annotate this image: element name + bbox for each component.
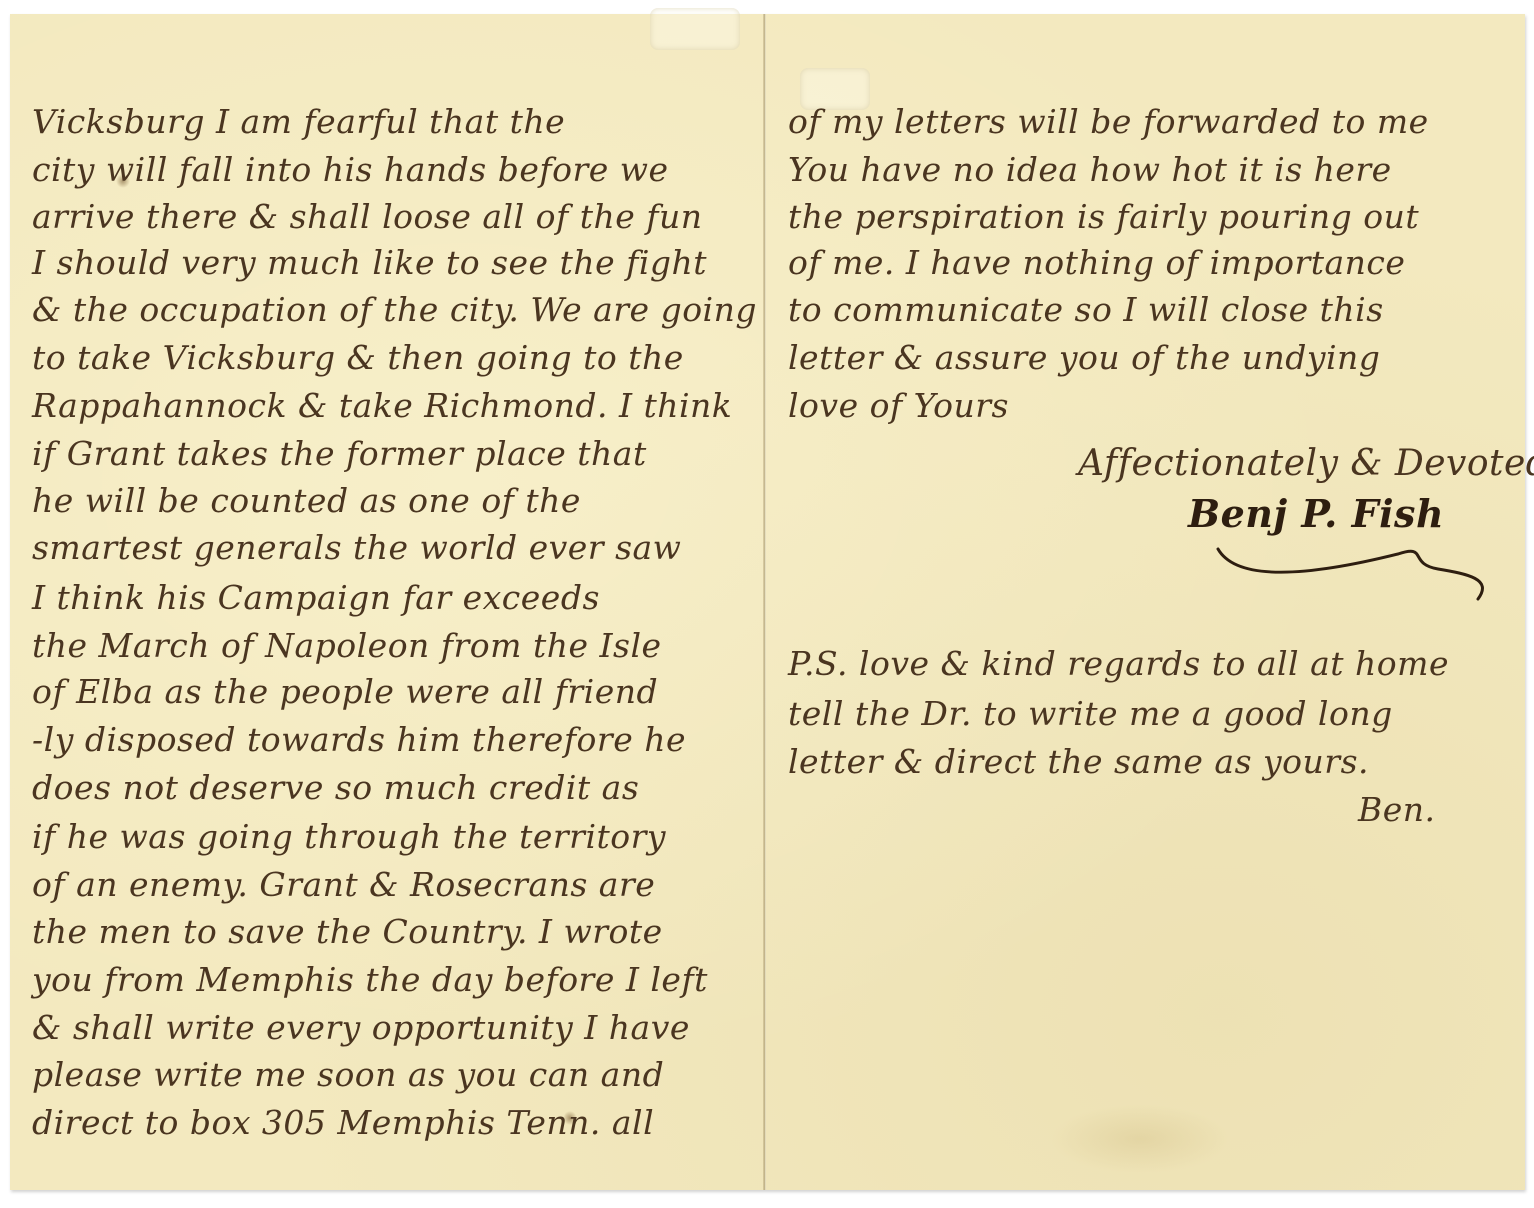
text-line: of an enemy. Grant & Rosecrans are <box>32 865 655 905</box>
text-line: Vicksburg I am fearful that the <box>32 102 565 142</box>
postscript-line: tell the Dr. to write me a good long <box>788 694 1393 734</box>
text-line: love of Yours <box>788 386 1009 426</box>
text-line: letter & assure you of the undying <box>788 338 1380 378</box>
text-line: if he was going through the territory <box>32 817 666 857</box>
text-line: the men to save the Country. I wrote <box>32 912 663 952</box>
text-line: of Elba as the people were all friend <box>32 672 658 712</box>
text-line: the March of Napoleon from the Isle <box>32 626 662 666</box>
text-line: You have no idea how hot it is here <box>788 150 1392 190</box>
signature: Benj P. Fish <box>1188 494 1444 534</box>
text-line: smartest generals the world ever saw <box>32 528 681 568</box>
text-line: to communicate so I will close this <box>788 290 1384 330</box>
postscript-line: letter & direct the same as yours. <box>788 742 1369 782</box>
text-line: city will fall into his hands before we <box>32 150 669 190</box>
text-line: the perspiration is fairly pouring out <box>788 197 1419 237</box>
closing-salutation: Affectionately & Devotedly <box>1078 444 1534 484</box>
signature-flourish <box>1208 544 1498 604</box>
postscript-signature: Ben. <box>1358 790 1436 830</box>
text-line: -ly disposed towards him therefore he <box>32 720 686 760</box>
left-page: Vicksburg I am fearful that the city wil… <box>32 14 762 1190</box>
postscript-line: P.S. love & kind regards to all at home <box>788 644 1449 684</box>
text-line: Rappahannock & take Richmond. I think <box>32 386 732 426</box>
text-line: to take Vicksburg & then going to the <box>32 338 684 378</box>
right-page: of my letters will be forwarded to me Yo… <box>788 14 1518 1190</box>
text-line: I should very much like to see the fight <box>32 243 707 283</box>
text-line: if Grant takes the former place that <box>32 434 647 474</box>
text-line: I think his Campaign far exceeds <box>32 578 600 618</box>
text-line: of me. I have nothing of importance <box>788 243 1405 283</box>
center-fold <box>763 14 766 1190</box>
text-line: you from Memphis the day before I left <box>32 960 708 1000</box>
text-line: arrive there & shall loose all of the fu… <box>32 197 702 237</box>
text-line: direct to box 305 Memphis Tenn. all <box>32 1103 654 1143</box>
letter-paper: Vicksburg I am fearful that the city wil… <box>10 14 1525 1190</box>
text-line: please write me soon as you can and <box>32 1055 664 1095</box>
text-line: & the occupation of the city. We are goi… <box>32 290 757 330</box>
text-line: he will be counted as one of the <box>32 481 581 521</box>
text-line: of my letters will be forwarded to me <box>788 102 1429 142</box>
text-line: does not deserve so much credit as <box>32 768 639 808</box>
text-line: & shall write every opportunity I have <box>32 1008 690 1048</box>
